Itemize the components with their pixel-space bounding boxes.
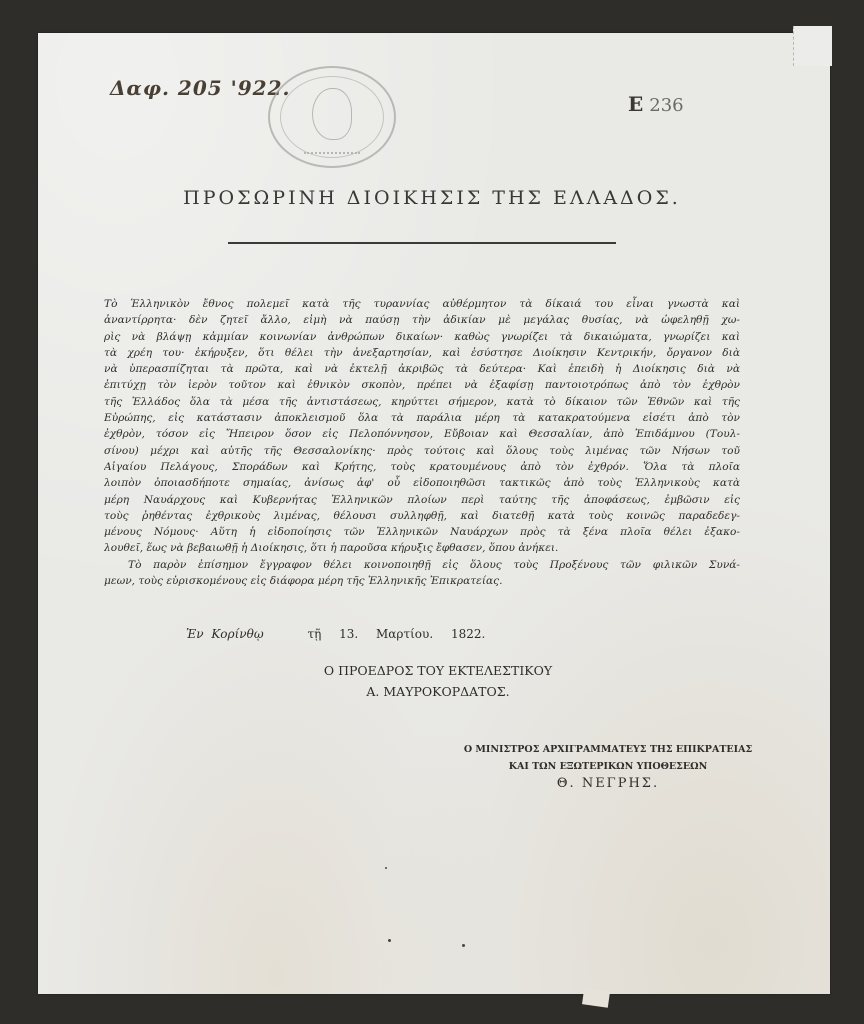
body-line: ἐχθρὸν, τόσον εἰς Ἤπειρον ὅσον εἰς Πελοπ… (104, 426, 740, 442)
paper-speck (385, 867, 387, 869)
paper-speck (388, 939, 391, 942)
paper-tear (582, 988, 610, 1007)
body-line: ρὶς νὰ βλάψῃ κἀμμίαν κοινωνίαν ἀνθρώπων … (104, 329, 740, 345)
document-title: ΠΡΟΣΩΡΙΝΗ ΔΙΟΙΚΗΣΙΣ ΤΗΣ ΕΛΛΑΔΟΣ. (0, 187, 864, 209)
seal-profile-head-icon (312, 88, 352, 140)
signature-president: Ο ΠΡΟΕΔΡΟΣ ΤΟΥ ΕΚΤΕΛΕΣΤΙΚΟΥ Α. ΜΑΥΡΟΚΟΡΔ… (0, 660, 864, 702)
catalog-mark: Ε236 (628, 92, 684, 116)
date-month: Μαρτίου. (376, 627, 433, 641)
signature-role-line-2: ΚΑΙ ΤΩΝ ΕΞΩΤΕΡΙΚΩΝ ΥΠΟΘΕΣΕΩΝ (458, 758, 758, 775)
body-line: τῆς Ἑλλάδος ὅλα τὰ μέσα τῆς ἀντιστάσεως,… (104, 394, 740, 410)
body-line: τοὺς ῥηθέντας ἐχθρικοὺς λιμένας, θέλουσι… (104, 508, 740, 524)
signature-role-line-1: Ο ΜΙΝΙΣΤΡΟΣ ΑΡΧΙΓΡΑΜΜΑΤΕΥΣ ΤΗΣ ΕΠΙΚΡΑΤΕΙ… (458, 741, 758, 758)
date-place: Ἐν Κορίνθῳ (186, 627, 264, 641)
body-line: μένους Νόμους· Αὕτη ἡ εἰδοποίησις τῶν Ἑλ… (104, 524, 740, 540)
seal-wreath-icon (304, 146, 360, 154)
body-line: ἐπιτύχῃ τὸν ἱερὸν τοῦτον καὶ ἐθνικὸν σκο… (104, 377, 740, 393)
body-line: σίνου) μέχρι καὶ αὐτῆς τῆς Θεσσαλονίκης·… (104, 443, 740, 459)
body-line: λουθεῖ, ἕως νὰ βεβαιωθῇ ἡ Διοίκησις, ὅτι… (104, 540, 740, 556)
handwritten-reference: Δαφ. 205 '922. (110, 76, 290, 100)
signature-name: Α. ΜΑΥΡΟΚΟΡΔΑΤΟΣ. (6, 681, 864, 702)
body-line: Τὸ Ἑλληνικὸν ἔθνος πολεμεῖ κατὰ τῆς τυρα… (104, 296, 740, 312)
catalog-letter: Ε (628, 92, 643, 116)
body-line: Τὸ παρὸν ἐπίσημον ἔγγραφον θέλει κοινοπο… (104, 557, 740, 573)
body-line: νὰ ὑπερασπίζηται τὰ πρῶτα, καὶ νὰ ἐκτελῇ… (104, 361, 740, 377)
body-line: μέρη Ναυάρχους καὶ Κυβερνήτας Ἑλληνικῶν … (104, 492, 740, 508)
date-article: τῇ (307, 627, 321, 641)
body-line: Εὐρώπης, εἰς κατάστασιν ἀποκλεισμοῦ ὅλα … (104, 410, 740, 426)
body-line: Αἰγαίου Πελάγους, Σποράδων καὶ Κρήτης, τ… (104, 459, 740, 475)
proclamation-body: Τὸ Ἑλληνικὸν ἔθνος πολεμεῖ κατὰ τῆς τυρα… (104, 296, 740, 589)
body-line: λοιπὸν ὁποιασδήποτε σημαίας, ἀνίσως ἀφ' … (104, 475, 740, 491)
body-line: ἀναντίρρητα· δὲν ζητεῖ ἄλλο, εἰμὴ νὰ παύ… (104, 312, 740, 328)
title-divider (228, 242, 616, 244)
catalog-number: 236 (649, 95, 683, 116)
body-line: τὰ χρέη του· ἐκήρυξεν, ὅτι θέλει τὴν ἀνε… (104, 345, 740, 361)
signature-role: Ο ΠΡΟΕΔΡΟΣ ΤΟΥ ΕΚΤΕΛΕΣΤΙΚΟΥ (6, 660, 864, 681)
paper-speck (462, 944, 465, 947)
body-line: μεων, τοὺς εὑρισκομένους εἰς διάφορα μέρ… (104, 573, 740, 589)
paper-fold-corner (793, 26, 832, 66)
seal-stamp-icon (268, 66, 396, 168)
signature-minister: Ο ΜΙΝΙΣΤΡΟΣ ΑΡΧΙΓΡΑΜΜΑΤΕΥΣ ΤΗΣ ΕΠΙΚΡΑΤΕΙ… (458, 741, 758, 792)
date-year: 1822. (451, 627, 485, 641)
date-line: Ἐν Κορίνθῳ τῇ 13. Μαρτίου. 1822. (186, 627, 495, 641)
date-day: 13. (339, 627, 358, 641)
signature-name: Θ. ΝΕΓΡΗΣ. (458, 775, 758, 792)
